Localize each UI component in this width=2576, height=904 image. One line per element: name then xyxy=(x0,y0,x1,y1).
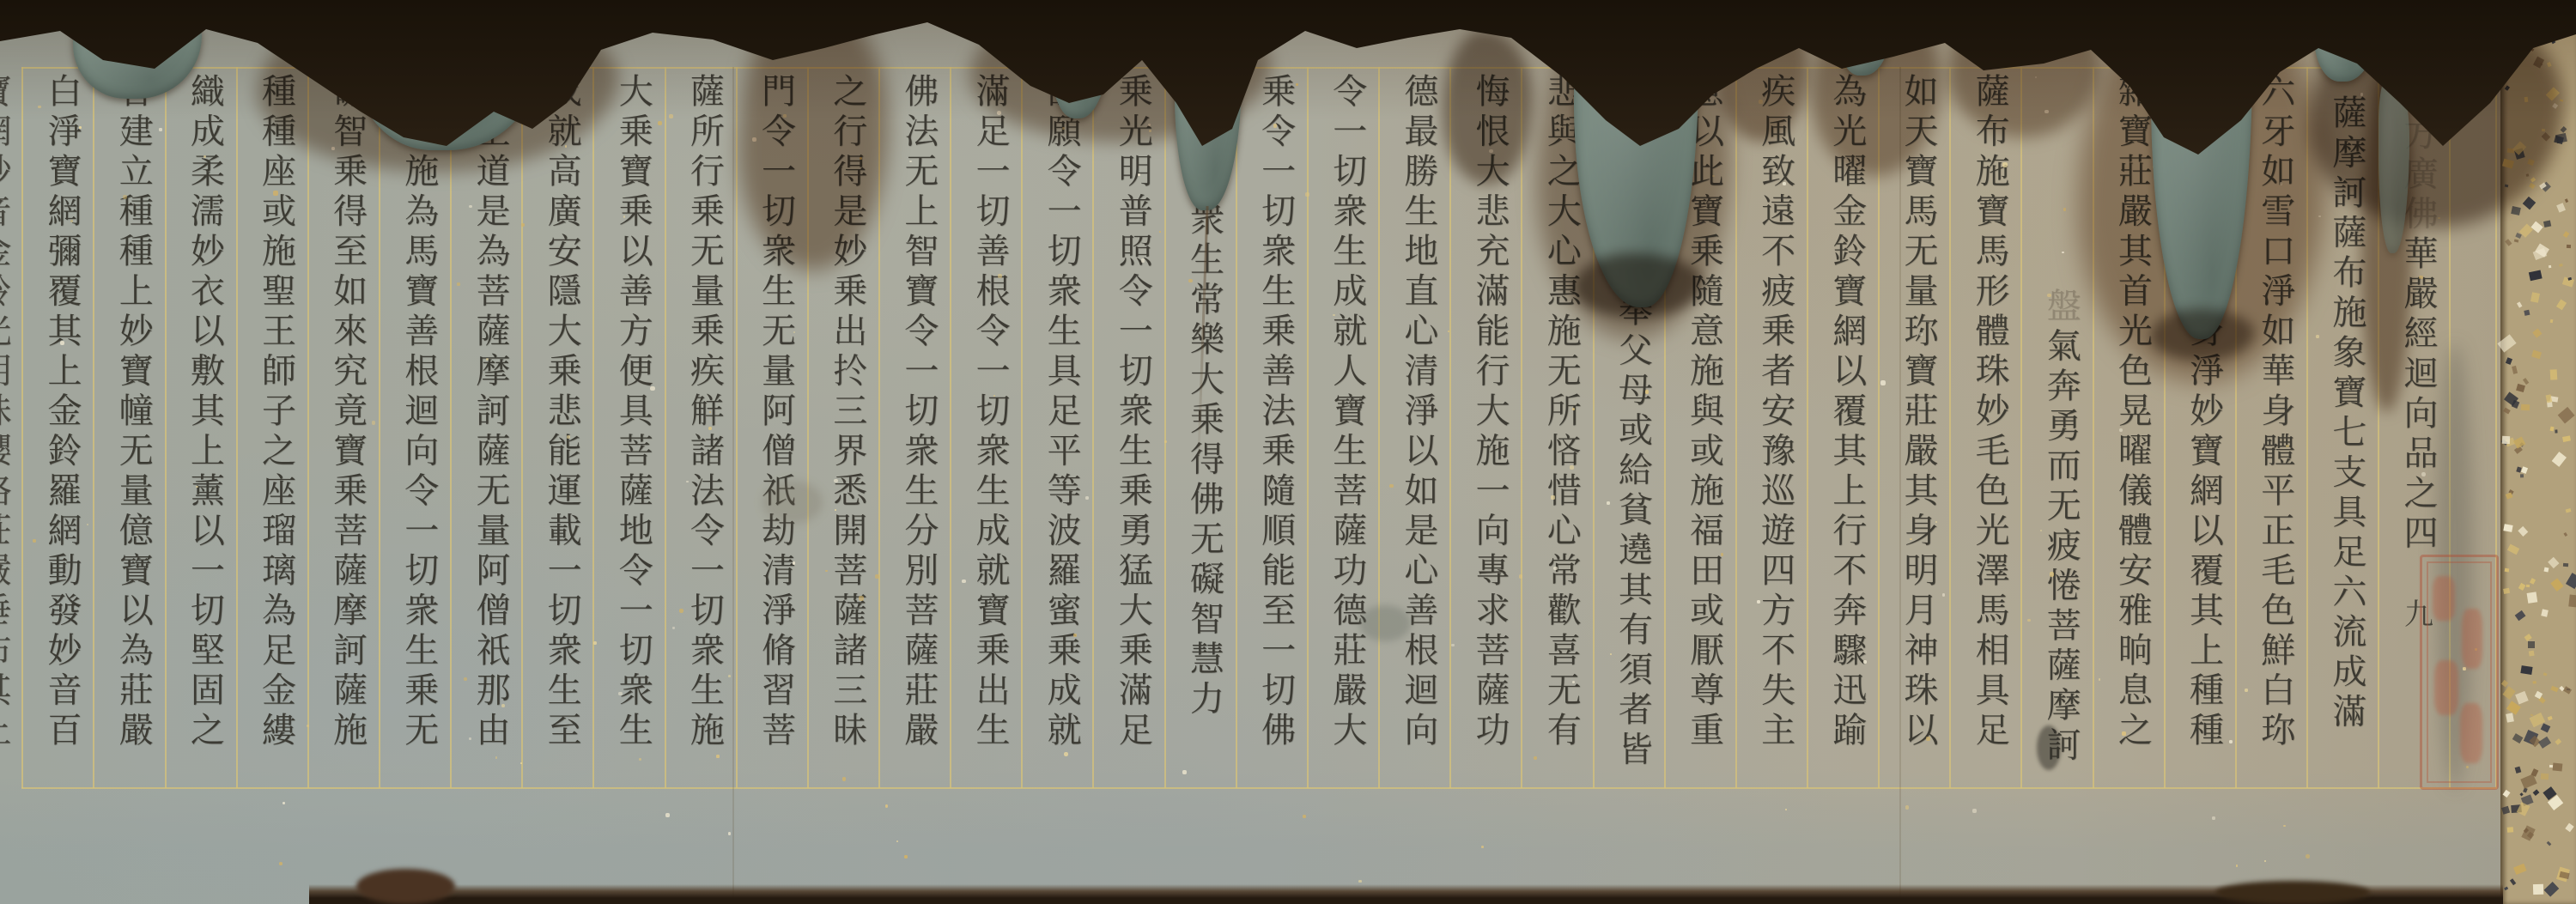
gold-fleck xyxy=(875,574,879,579)
border-foil-fleck xyxy=(2530,292,2540,302)
gold-fleck xyxy=(2027,619,2031,622)
gold-fleck xyxy=(159,128,161,130)
border-foil-fleck xyxy=(2565,198,2568,203)
gold-ruled-line xyxy=(592,67,594,788)
border-foil-fleck xyxy=(2521,467,2528,475)
border-foil-fleck xyxy=(2512,400,2520,409)
border-foil-fleck xyxy=(2517,302,2523,309)
red-collector-seal xyxy=(2420,555,2499,790)
border-foil-fleck xyxy=(2539,736,2552,748)
gold-fleck xyxy=(1519,574,1523,579)
gold-fleck xyxy=(521,223,525,227)
left-edge-fragment-column: 寶網妙音金鈴光明珠瓔珞莊嚴垂布其上 xyxy=(0,73,9,752)
border-foil-fleck xyxy=(2503,790,2511,798)
border-foil-fleck xyxy=(2512,206,2522,215)
gold-fleck xyxy=(1553,567,1558,571)
border-foil-fleck xyxy=(2548,264,2550,267)
charred-bottom-edge xyxy=(309,884,2503,904)
gold-fleck xyxy=(469,737,471,739)
gold-fleck xyxy=(60,341,64,345)
border-foil-fleck xyxy=(2564,532,2567,537)
text-column: 薩布施寶馬形體珠妙毛色光澤馬相具足 xyxy=(1971,73,2008,752)
gold-fleck xyxy=(464,677,467,681)
gold-fleck xyxy=(2306,854,2310,858)
gold-ruled-line xyxy=(1949,67,1951,788)
border-foil-fleck xyxy=(2551,686,2559,693)
gold-fleck xyxy=(1305,192,1309,196)
gold-fleck xyxy=(469,205,472,209)
seal-glyph-mark xyxy=(2434,660,2458,715)
border-foil-fleck xyxy=(2548,716,2553,720)
gold-ruled-line xyxy=(521,67,523,788)
border-foil-fleck xyxy=(2547,840,2552,846)
sutra-scroll-photo: 大方廣佛華嚴經迴向品之四 九 薩摩訶薩布施象寶七支具足六流成滿六牙如雪口淨如華身… xyxy=(0,0,2576,904)
gold-ruled-line xyxy=(1307,67,1309,788)
border-foil-fleck xyxy=(2507,544,2520,555)
gold-ruled-line xyxy=(93,67,94,788)
gold-fleck xyxy=(1572,408,1575,410)
gold-fleck xyxy=(896,840,898,842)
border-foil-fleck xyxy=(2506,357,2512,364)
gold-fleck xyxy=(2002,162,2007,167)
text-column: 佛法无上智寶令一切衆生分別菩薩莊嚴 xyxy=(901,73,937,752)
gold-fleck xyxy=(859,596,863,600)
gold-fleck xyxy=(279,862,283,865)
gold-fleck xyxy=(1572,681,1575,683)
gold-fleck xyxy=(2050,572,2054,576)
gold-fleck xyxy=(658,121,662,125)
gold-ruled-line xyxy=(1807,67,1808,788)
bottom-burn-clump xyxy=(356,869,455,904)
gold-ruled-line xyxy=(1449,67,1451,788)
border-foil-fleck xyxy=(2562,435,2571,442)
gold-fleck xyxy=(1863,660,1867,664)
gold-fleck xyxy=(1141,258,1145,262)
gold-fleck xyxy=(283,802,285,804)
border-foil-fleck xyxy=(2561,126,2567,133)
seal-glyph-mark xyxy=(2462,609,2482,669)
border-foil-fleck xyxy=(2515,610,2526,621)
gold-fleck xyxy=(567,435,570,439)
border-foil-fleck xyxy=(2513,864,2527,876)
gold-fleck xyxy=(909,161,912,163)
stain xyxy=(762,481,823,524)
bottom-burn-clump xyxy=(2215,881,2370,904)
ink-blot xyxy=(2037,725,2061,770)
gold-fleck xyxy=(1610,653,1612,655)
border-foil-fleck xyxy=(2533,789,2540,796)
text-column: 奉父母或給貧遶其有須者皆 xyxy=(1614,292,1650,771)
gold-fleck xyxy=(1333,314,1334,316)
border-foil-fleck xyxy=(2541,610,2548,618)
gold-ruled-line xyxy=(21,787,2497,789)
border-foil-fleck xyxy=(2550,369,2558,379)
gold-fleck xyxy=(904,855,908,858)
gold-fleck xyxy=(1481,846,1484,848)
gold-fleck xyxy=(962,579,965,583)
border-foil-fleck xyxy=(2565,823,2573,833)
gold-ruled-line xyxy=(379,67,380,788)
gold-fleck xyxy=(1451,644,1454,646)
gold-fleck xyxy=(1926,737,1930,741)
gold-fleck xyxy=(2419,276,2422,279)
gold-ruled-line xyxy=(1735,67,1737,788)
text-column: 大乗寶乗以善方便具菩薩地令一切衆生 xyxy=(615,73,651,752)
border-foil-fleck xyxy=(2502,436,2511,445)
gold-fleck xyxy=(1303,815,1306,818)
gold-fleck xyxy=(998,274,1002,278)
gold-ruled-line xyxy=(1092,67,1094,788)
gold-fleck xyxy=(2245,689,2248,692)
border-foil-fleck xyxy=(2529,651,2535,657)
text-column: 薩所行乗无量乗疾觧諸法令一切衆生施 xyxy=(686,73,722,752)
border-foil-fleck xyxy=(2512,437,2525,449)
gold-fleck xyxy=(2062,252,2064,254)
border-foil-fleck xyxy=(2532,681,2536,684)
border-foil-fleck xyxy=(2521,665,2533,675)
gold-fleck xyxy=(1358,880,1361,883)
border-foil-fleck xyxy=(2505,239,2512,246)
gold-fleck xyxy=(1645,390,1649,394)
border-foil-fleck xyxy=(2553,762,2563,771)
gold-fleck xyxy=(2264,860,2267,863)
gold-fleck xyxy=(2283,825,2286,828)
gold-fleck xyxy=(1073,634,1077,637)
text-column: 成就高廣安隱大乗悲能運載一切衆生至 xyxy=(544,73,580,752)
gold-ruled-line xyxy=(1164,67,1166,788)
gold-ruled-line xyxy=(736,67,738,788)
gold-ruled-line xyxy=(1521,67,1522,788)
text-column: 无上道是為菩薩摩訶薩无量阿僧祇那由 xyxy=(472,73,508,752)
border-foil-fleck xyxy=(2556,203,2566,212)
border-foil-fleck xyxy=(2527,592,2537,604)
text-column: 礙智乗得至如來究竟寶乗菩薩摩訶薩施 xyxy=(330,73,366,752)
gold-fleck xyxy=(372,421,376,425)
text-column: 香建立種種上妙寶幢无量億寶以為莊嚴 xyxy=(115,73,151,752)
gold-fleck xyxy=(1188,279,1193,283)
border-foil-fleck xyxy=(2557,406,2574,423)
border-foil-fleck xyxy=(2518,583,2526,592)
sheet-join-seam xyxy=(732,67,734,904)
gold-fleck xyxy=(70,220,73,222)
border-foil-fleck xyxy=(2520,404,2529,411)
text-column: 乗光明普照令一切衆生乗勇猛大乗滿足 xyxy=(1115,73,1151,752)
gold-fleck xyxy=(686,481,688,482)
gold-ruled-line xyxy=(665,67,666,788)
border-foil-fleck xyxy=(2530,578,2536,585)
border-foil-fleck xyxy=(2549,557,2560,568)
text-column: 疾風致遠不疲乗者安豫巡遊四方不失主 xyxy=(1758,73,1794,752)
gold-fleck xyxy=(1785,809,1788,811)
border-foil-fleck xyxy=(2552,452,2567,466)
border-foil-fleck xyxy=(2509,879,2515,886)
gold-fleck xyxy=(273,191,277,195)
border-foil-fleck xyxy=(2530,221,2543,233)
border-foil-fleck xyxy=(2555,739,2561,745)
gold-ruled-line xyxy=(2020,67,2022,788)
border-foil-fleck xyxy=(2566,508,2572,513)
text-column: 白淨寶網彌覆其上金鈴羅網動發妙音百 xyxy=(44,73,80,752)
gold-fleck xyxy=(2229,740,2233,743)
gold-fleck xyxy=(1607,501,1610,505)
border-foil-fleck xyxy=(2563,686,2572,695)
gold-fleck xyxy=(2202,451,2204,453)
gold-fleck xyxy=(196,486,198,488)
border-foil-fleck xyxy=(2555,430,2558,434)
border-foil-fleck xyxy=(2540,774,2548,780)
gold-fleck xyxy=(1935,521,1937,523)
gold-fleck xyxy=(728,832,732,835)
gold-ruled-line xyxy=(950,67,951,788)
border-foil-fleck xyxy=(2549,427,2554,432)
gold-fleck xyxy=(1389,484,1394,488)
gold-fleck xyxy=(2236,865,2238,866)
border-foil-fleck xyxy=(2505,568,2509,573)
gold-fleck xyxy=(87,524,88,525)
gold-fleck xyxy=(1064,752,1068,756)
border-foil-fleck xyxy=(2498,334,2517,352)
text-column: 如天寶馬无量珎寶莊嚴其身明月神珠以 xyxy=(1900,73,1936,752)
gold-fleck xyxy=(2212,816,2215,820)
text-column: 諸願令一切衆生具足平等波羅蜜乗成就 xyxy=(1043,73,1079,752)
gold-fleck xyxy=(1164,440,1167,443)
border-foil-fleck xyxy=(2503,408,2510,415)
border-foil-fleck xyxy=(2531,768,2539,777)
gold-fleck xyxy=(2122,731,2125,735)
gold-fleck xyxy=(307,725,309,727)
gold-fleck xyxy=(33,539,36,543)
gold-fleck xyxy=(1570,465,1574,470)
gold-fleck xyxy=(716,755,720,758)
border-foil-fleck xyxy=(2516,384,2525,392)
border-foil-fleck xyxy=(2515,690,2528,704)
border-foil-fleck xyxy=(2559,264,2562,267)
gold-ruled-line xyxy=(236,67,238,788)
border-foil-fleck xyxy=(2523,378,2530,385)
gold-fleck xyxy=(1551,495,1554,499)
text-column: 他劫施為馬寶善根迴向令一切衆生乗无 xyxy=(401,73,437,752)
border-foil-fleck xyxy=(2501,805,2510,814)
gold-fleck xyxy=(1880,380,1885,385)
border-foil-fleck xyxy=(2518,526,2528,537)
border-foil-fleck xyxy=(2514,240,2518,244)
gold-fleck xyxy=(1972,809,1977,813)
border-foil-fleck xyxy=(2544,567,2549,572)
border-foil-fleck xyxy=(2503,686,2516,700)
border-foil-fleck xyxy=(2523,197,2536,209)
text-column: 德最勝生地直心清淨以如是心善根迴向 xyxy=(1400,73,1437,752)
border-foil-fleck xyxy=(2514,766,2521,774)
gold-fleck xyxy=(623,215,625,217)
gold-fleck xyxy=(1919,332,1923,336)
gold-fleck xyxy=(2316,335,2319,338)
gold-fleck xyxy=(2063,208,2067,211)
border-foil-fleck xyxy=(2568,594,2576,607)
gold-ruled-line xyxy=(307,67,309,788)
gold-fleck xyxy=(793,561,795,564)
text-column: 令一切衆生成就人寶生菩薩功德莊嚴大 xyxy=(1329,73,1365,752)
border-foil-fleck xyxy=(2533,884,2543,895)
text-column: 盤氣奔勇而无疲惓菩薩摩訶 xyxy=(2043,288,2079,767)
border-foil-fleck xyxy=(2512,734,2523,744)
gold-ruled-line xyxy=(1236,67,1237,788)
border-foil-fleck xyxy=(2506,713,2514,723)
gold-fleck xyxy=(672,627,675,629)
text-column: 為光曜金鈴寶網以覆其上行不奔驟迅踰 xyxy=(1829,73,1865,752)
gold-fleck xyxy=(1273,124,1277,127)
gold-fleck xyxy=(650,386,654,391)
border-foil-fleck xyxy=(2532,328,2542,337)
border-foil-fleck xyxy=(2549,319,2553,324)
border-foil-fleck xyxy=(2526,585,2530,587)
border-foil-fleck xyxy=(2566,245,2570,248)
border-foil-fleck xyxy=(2503,588,2510,594)
gold-fleck xyxy=(1905,805,1910,810)
column-text: 氣奔勇而无疲惓菩薩摩訶 xyxy=(2041,328,2081,767)
border-foil-fleck xyxy=(2563,562,2568,567)
seal-glyph-mark xyxy=(2460,703,2482,763)
gold-fleck xyxy=(1182,770,1187,774)
gold-fleck xyxy=(2099,678,2101,681)
gold-fleck xyxy=(1534,756,1537,760)
text-column: 種種座或施聖王師子之座瑠璃為足金縷 xyxy=(258,73,295,752)
gold-ruled-line xyxy=(1021,67,1023,788)
gold-ruled-line xyxy=(450,67,452,788)
stain xyxy=(1359,605,1411,641)
gold-fleck xyxy=(728,675,731,677)
text-column: 乗令一切衆生乗善法乗隨順能至一切佛 xyxy=(1258,73,1294,752)
gold-fleck xyxy=(486,358,489,361)
text-column: 織成柔濡妙衣以敷其上薰以一切堅固之 xyxy=(186,73,222,752)
gold-fleck xyxy=(665,813,670,817)
gold-fleck xyxy=(495,756,497,758)
border-foil-fleck xyxy=(2511,366,2517,374)
gold-fleck xyxy=(593,641,597,645)
border-foil-fleck xyxy=(2504,524,2513,531)
border-foil-fleck xyxy=(2543,882,2559,897)
border-foil-fleck xyxy=(2549,765,2553,767)
border-foil-fleck xyxy=(2504,887,2508,891)
border-foil-fleck xyxy=(2500,680,2507,687)
gold-ruled-line xyxy=(1378,67,1380,788)
seal-glyph-mark xyxy=(2433,576,2455,621)
gold-fleck xyxy=(457,282,460,286)
border-foil-fleck xyxy=(2541,723,2551,732)
gold-fleck xyxy=(204,155,206,158)
border-foil-fleck xyxy=(2531,350,2542,360)
border-foil-fleck xyxy=(2529,270,2542,282)
border-foil-fleck xyxy=(2520,475,2524,478)
gold-fleck xyxy=(679,609,683,613)
gold-fleck xyxy=(2421,472,2426,476)
border-foil-fleck xyxy=(2550,579,2563,592)
gold-fleck xyxy=(565,145,568,148)
border-foil-fleck xyxy=(2520,792,2524,797)
border-foil-fleck xyxy=(2543,672,2548,676)
border-foil-fleck xyxy=(2506,827,2513,833)
gold-fleck xyxy=(639,758,641,761)
border-foil-fleck xyxy=(2528,641,2535,648)
gold-fleck xyxy=(825,570,828,573)
border-foil-fleck xyxy=(2524,310,2530,316)
gold-fleck xyxy=(1159,231,1161,233)
gold-ruled-line xyxy=(165,67,167,788)
column-text: 一切衆生常樂大乗得佛无礙智慧力 xyxy=(1184,122,1224,721)
border-foil-fleck xyxy=(2556,299,2567,310)
gold-fleck xyxy=(618,692,622,695)
border-foil-fleck xyxy=(2543,220,2551,228)
border-foil-fleck xyxy=(2505,492,2512,499)
gold-fleck xyxy=(1085,496,1089,500)
gold-fleck xyxy=(1942,593,1946,597)
border-foil-fleck xyxy=(2562,231,2568,238)
border-foil-fleck xyxy=(2566,573,2576,589)
gold-fleck xyxy=(842,777,847,781)
gold-fleck xyxy=(885,804,889,808)
gold-ruled-line xyxy=(21,67,23,788)
text-column: 滿足一切善根令一切衆生成就寶乗出生 xyxy=(972,73,1008,752)
border-foil-fleck xyxy=(2524,634,2532,641)
